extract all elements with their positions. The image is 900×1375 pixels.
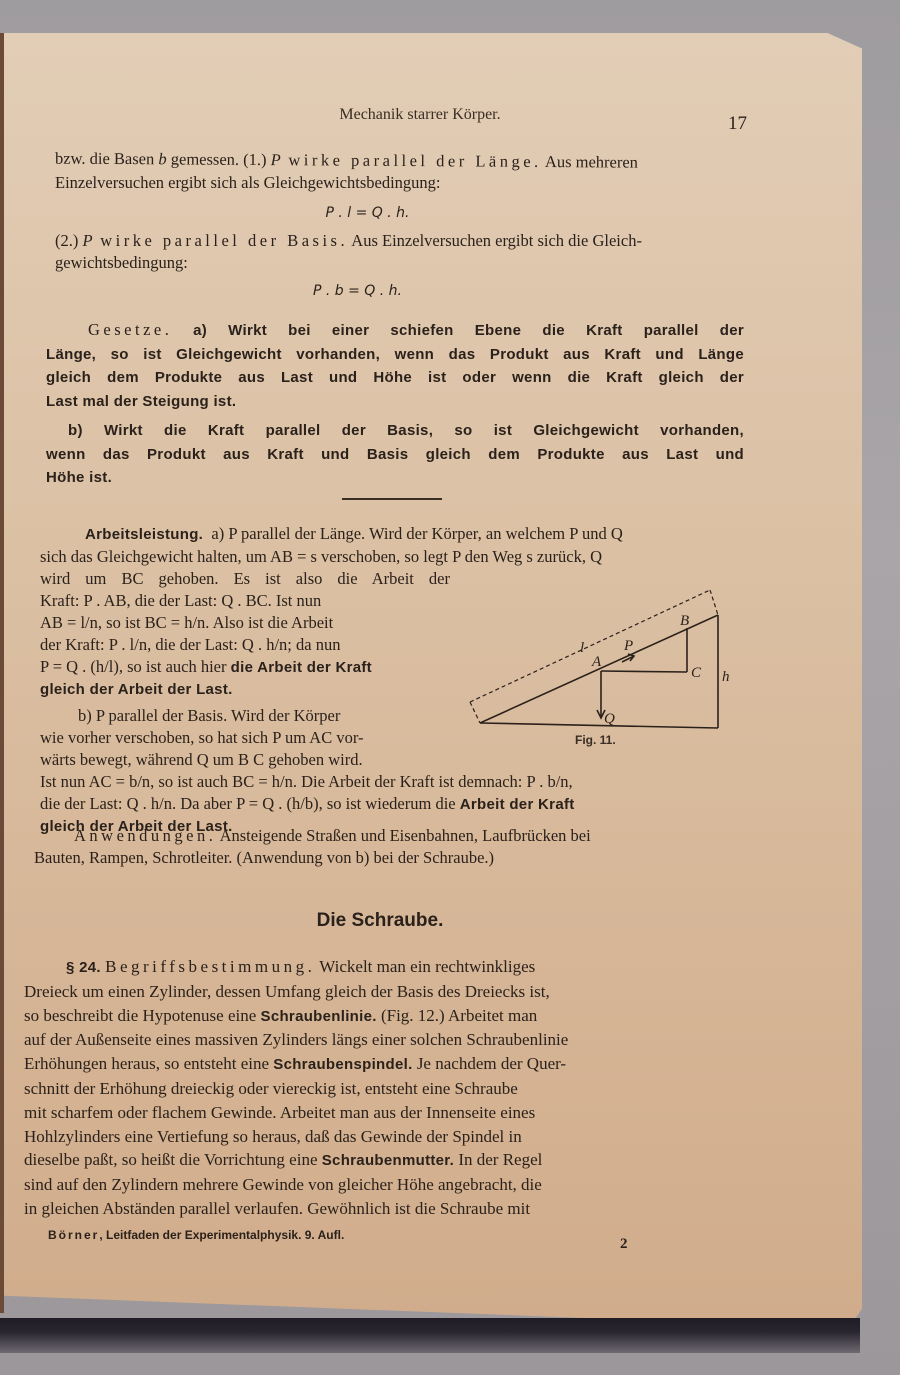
law-b-text: b) Wirkt die Kraft parallel der Basis, s… <box>46 419 744 443</box>
text-line: mit scharfem oder flachem Gewinde. Arbei… <box>24 1101 724 1125</box>
text: In der Regel <box>454 1150 542 1169</box>
bold-text: die Arbeit der Kraft <box>231 659 372 676</box>
paragraph-number: § 24. <box>24 959 101 976</box>
text-line: Hohlzylinders eine Vertiefung so heraus,… <box>24 1125 724 1149</box>
formula-1: P . l = Q . h. <box>0 202 750 224</box>
section-title: Die Schraube. <box>0 910 760 932</box>
label-A: A <box>591 654 602 670</box>
page-edge <box>0 33 4 1313</box>
bold-text: Arbeit der Kraft <box>460 796 575 813</box>
law-a-text: Last mal der Steigung ist. <box>46 390 744 414</box>
law-a-text: Länge, so ist Gleichgewicht vorhanden, w… <box>46 343 744 367</box>
text-line: a) P parallel der Länge. Wird der Körper… <box>211 524 622 543</box>
text-line: sind auf den Zylindern mehrere Gewinde v… <box>24 1173 724 1197</box>
intro-block: bzw. die Basen b gemessen. (1.) P wirke … <box>55 150 750 302</box>
gesetze-block: Gesetze. a) Wirkt bei einer schiefen Ebe… <box>46 318 744 490</box>
text-line: schnitt der Erhöhung dreieckig oder vier… <box>24 1077 724 1101</box>
label-h: h <box>722 669 730 685</box>
inclined-plane-figure: l P A B C h Q <box>462 578 752 753</box>
term-schraubenlinie: Schraubenlinie. <box>261 1008 377 1025</box>
text-line: Dreieck um einen Zylinder, dessen Umfang… <box>24 980 724 1004</box>
text: bzw. die Basen <box>55 149 159 169</box>
signature-mark: 2 <box>620 1236 628 1253</box>
page-number: 17 <box>728 113 747 135</box>
arbeitsleistung-label: Arbeitsleistung. <box>40 526 203 543</box>
law-a-text: gleich dem Produkte aus Last und Höhe is… <box>46 366 744 390</box>
text-line: gewichtsbedingung: <box>55 252 750 274</box>
text: Aus mehreren <box>542 152 638 172</box>
text: so beschreibt die Hypotenuse eine <box>24 1006 261 1025</box>
figure-caption: Fig. 11. <box>575 733 616 747</box>
text: (2.) <box>55 231 83 250</box>
running-header: Mechanik starrer Körper. <box>0 106 840 124</box>
text-line: Einzelversuchen ergibt sich als Gleichge… <box>55 172 750 194</box>
law-b-text: wenn das Produkt aus Kraft und Basis gle… <box>46 443 744 467</box>
text-line: auf der Außenseite eines massiven Zylind… <box>24 1028 724 1052</box>
law-a-text: a) Wirkt bei einer schiefen Ebene die Kr… <box>193 322 744 339</box>
text: die der Last: Q . h/n. Da aber P = Q . (… <box>40 794 456 813</box>
section-divider <box>342 498 442 500</box>
emphasis-text: wirke parallel der Länge. <box>281 150 542 171</box>
text: Je nachdem der Quer- <box>413 1054 567 1073</box>
text: P <box>83 231 93 250</box>
emphasis-text: wirke parallel der Basis. <box>93 231 348 250</box>
term-schraubenspindel: Schraubenspindel. <box>273 1056 412 1073</box>
text: gemessen. (1.) <box>167 149 271 169</box>
label-P: P <box>623 638 633 654</box>
term-schraubenmutter: Schraubenmutter. <box>322 1152 454 1169</box>
schraube-block: § 24. Begriffsbestimmung. Wickelt man ei… <box>24 955 724 1221</box>
formula-2: P . b = Q . h. <box>0 280 750 302</box>
anwendungen-block: Anwendungen. Ansteigende Straßen und Eis… <box>34 825 734 869</box>
text-line: sich das Gleichgewicht halten, um AB = s… <box>40 546 738 568</box>
footer-imprint: Börner, Leitfaden der Experimentalphysik… <box>48 1228 344 1242</box>
text: b <box>158 149 166 168</box>
label-l: l <box>580 640 584 656</box>
text: (Fig. 12.) Arbeitet man <box>377 1006 538 1025</box>
text: P <box>271 150 281 169</box>
text: Aus Einzelversuchen ergibt sich die Glei… <box>348 231 642 250</box>
text-line: wird um BC gehoben. Es ist also die Arbe… <box>40 568 450 590</box>
paragraph-label: Begriffsbestimmung. <box>105 957 315 976</box>
text: Ansteigende Straßen und Eisenbahnen, Lau… <box>216 826 590 845</box>
footer-author: Börner <box>48 1228 99 1242</box>
text: Wickelt man ein rechtwinkliges <box>315 957 535 976</box>
anwendungen-label: Anwendungen. <box>34 826 216 845</box>
text: dieselbe paßt, so heißt die Vorrichtung … <box>24 1150 322 1169</box>
label-C: C <box>691 665 702 681</box>
text: Erhöhungen heraus, so entsteht eine <box>24 1054 273 1073</box>
text-line: Bauten, Rampen, Schrotleiter. (Anwendung… <box>34 847 734 869</box>
label-B: B <box>680 613 689 629</box>
text-line: in gleichen Abständen parallel verlaufen… <box>24 1197 724 1221</box>
text: P = Q . (h/l), so ist auch hier <box>40 657 227 676</box>
page-shadow <box>0 1318 860 1353</box>
footer-title: , Leitfaden der Experimentalphysik. 9. A… <box>99 1228 344 1242</box>
label-Q: Q <box>604 711 615 727</box>
gesetze-label: Gesetze. <box>46 320 172 339</box>
law-b-text: Höhe ist. <box>46 466 744 490</box>
text-line: Ist nun AC = b/n, so ist auch BC = h/n. … <box>40 771 738 793</box>
